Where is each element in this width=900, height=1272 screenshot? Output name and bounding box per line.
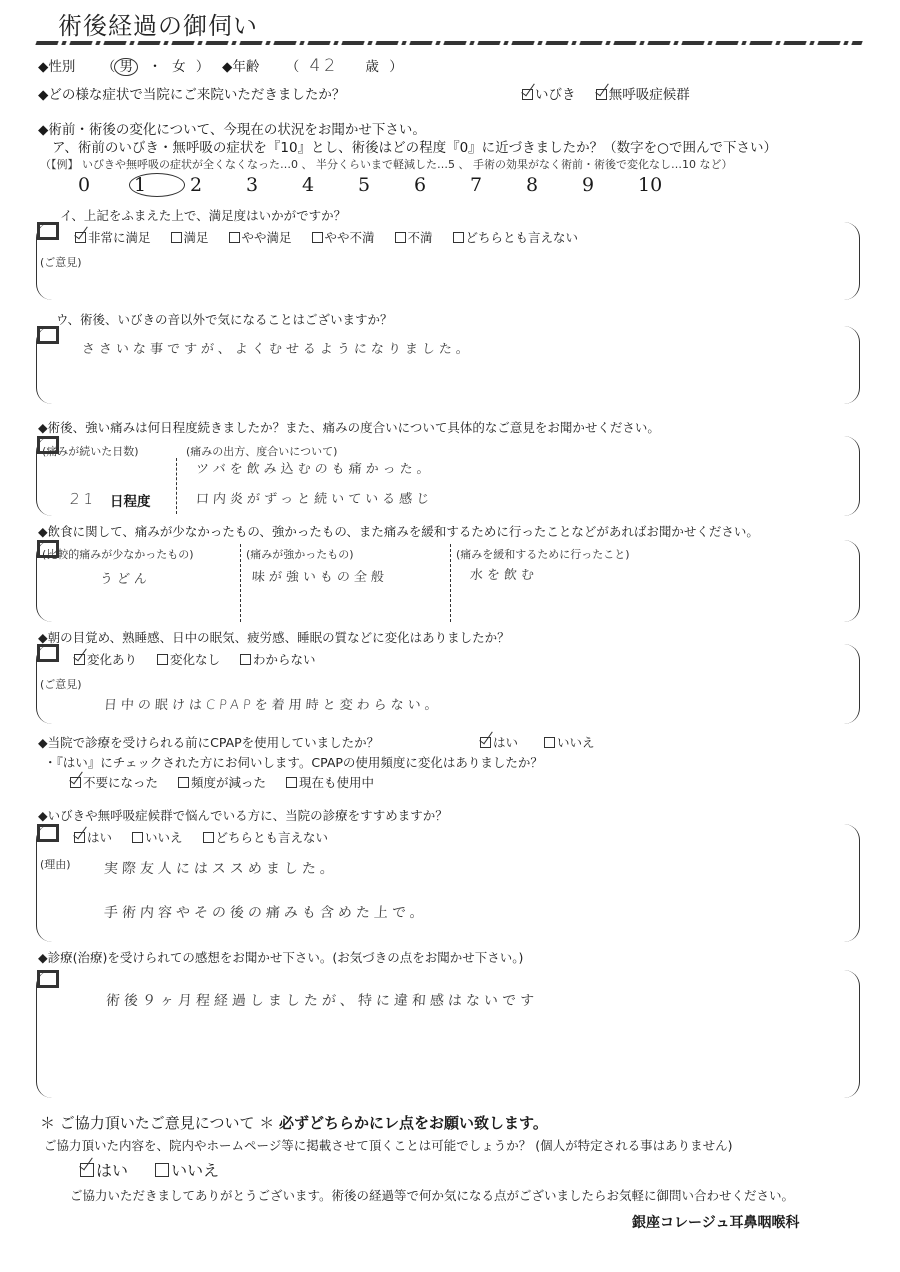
food-question: ◆飲食に関して、痛みが少なかったもの、強かったもの、また痛みを緩和するために行っ… <box>38 522 759 540</box>
checkbox-icon[interactable] <box>286 777 297 788</box>
change-subquestion-a: ア、術前のいびき・無呼吸の症状を『10』とし、術後はどの程度『0』に近づきました… <box>52 136 777 156</box>
impression-answer[interactable]: 術後９ヶ月程経過しましたが、特に違和感はないです <box>105 990 538 1010</box>
satisfaction-option-neither[interactable]: どちらとも言えない <box>453 228 579 246</box>
checkbox-icon[interactable] <box>203 832 214 843</box>
symptom-option-apnea[interactable]: 無呼吸症候群 <box>596 83 690 103</box>
age-row: ◆年齢 （ 42 歳 ） <box>222 55 403 76</box>
food-col2-label: (痛みが強かったもの) <box>246 546 354 562</box>
age-label: ◆年齢 <box>222 59 259 75</box>
checkbox-icon[interactable] <box>544 737 555 748</box>
cpap-option-no[interactable]: いいえ <box>544 733 595 751</box>
page-title: 術後経過の御伺い <box>58 6 258 41</box>
checkbox-icon[interactable] <box>240 654 251 665</box>
pain-detail-label: (痛みの出方、度合いについて) <box>186 443 337 459</box>
food-col1-label: (比較的痛みが少なかったもの) <box>42 546 194 562</box>
checkbox-checked-icon[interactable] <box>480 737 491 748</box>
concerns-answer[interactable]: ささいな事ですが、よくむせるようになりました。 <box>81 338 473 357</box>
gender-female-option[interactable]: 女 <box>172 59 186 75</box>
scale-option-8[interactable]: 8 <box>526 174 582 196</box>
consent-heading-bold: 必ずどちらかにレ点をお願い致します。 <box>279 1114 548 1132</box>
checkbox-icon[interactable] <box>132 832 143 843</box>
pain-detail-line2[interactable]: 口内炎がずっと続いている感じ <box>195 488 434 507</box>
cpap-followup-not-needed[interactable]: 不要になった <box>70 773 158 791</box>
checkbox-checked-icon[interactable] <box>70 777 81 788</box>
gender-label: ◆性別 <box>38 59 75 75</box>
pain-column-divider <box>176 458 177 514</box>
change-example: （【例】 いびきや無呼吸の症状が全くなくなった…0 、 半分くらいまで軽減した…… <box>40 156 732 172</box>
rating-scale: 012345678910 <box>78 173 694 197</box>
recommend-reason-line1[interactable]: 実際友人にはススめました。 <box>103 858 338 878</box>
cpap-question: ◆当院で診療を受けられる前にCPAPを使用していましたか？ <box>38 733 379 751</box>
recommend-question: ◆いびきや無呼吸症候群で悩んでいる方に、当院の診療をすすめますか？ <box>38 806 448 824</box>
symptom-option-snoring[interactable]: いびき <box>522 83 576 103</box>
symptoms-question: ◆どの様な症状で当院にご来院いただきましたか？ <box>38 83 345 103</box>
sleep-comment[interactable]: 日中の眠けはCPAPを着用時と変わらない。 <box>103 694 442 713</box>
scale-option-2[interactable]: 2 <box>190 174 246 196</box>
sleep-comment-label: (ご意見) <box>40 676 82 692</box>
cpap-followup-still-using[interactable]: 現在も使用中 <box>286 773 374 791</box>
scale-option-3[interactable]: 3 <box>246 174 302 196</box>
checkbox-icon[interactable] <box>155 1163 169 1177</box>
symptoms-options: いびき 無呼吸症候群 <box>522 83 706 103</box>
satisfaction-comment-label: (ご意見) <box>40 254 82 270</box>
recommend-option-neither[interactable]: どちらとも言えない <box>203 828 329 846</box>
consent-option-yes[interactable]: はい <box>80 1158 128 1181</box>
pain-detail-line1[interactable]: ツバを飲み込むのも痛かった。 <box>195 458 434 477</box>
food-col2-value[interactable]: 味が強いもの全般 <box>251 566 388 585</box>
pain-days-value[interactable]: 21 <box>69 490 97 508</box>
age-value[interactable]: 42 <box>309 56 339 76</box>
change-question: ◆術前・術後の変化について、今現在の状況をお聞かせ下さい。 <box>38 118 426 138</box>
consent-options: はい いいえ <box>80 1158 235 1181</box>
impression-question: ◆診療(治療)を受けられての感想をお聞かせ下さい。(お気づきの点をお聞かせ下さい… <box>38 948 523 966</box>
food-col1-value[interactable]: うどん <box>99 568 151 587</box>
satisfaction-option-somewhat-satisfied[interactable]: やや満足 <box>229 228 292 246</box>
cpap-followup-question: ・『はい』にチェックされた方にお伺いします。CPAPの使用頻度に変化はありました… <box>44 753 543 771</box>
scale-option-10[interactable]: 10 <box>638 174 694 196</box>
food-divider-2 <box>450 544 451 622</box>
checkbox-checked-icon[interactable] <box>80 1163 94 1177</box>
checkbox-icon[interactable] <box>171 232 182 243</box>
recommend-reason-line2[interactable]: 手術内容やその後の痛みも含めた上で。 <box>103 902 428 922</box>
scale-option-9[interactable]: 9 <box>582 174 638 196</box>
gender-male-option[interactable]: 男 <box>114 58 138 76</box>
recommend-reason-label: (理由) <box>40 856 71 872</box>
satisfaction-option-dissatisfied[interactable]: 不満 <box>395 228 433 246</box>
scale-option-7[interactable]: 7 <box>470 174 526 196</box>
sleep-option-no-change[interactable]: 変化なし <box>157 650 220 668</box>
cpap-followup-reduced[interactable]: 頻度が減った <box>178 773 266 791</box>
food-divider-1 <box>240 544 241 622</box>
satisfaction-option-satisfied[interactable]: 満足 <box>171 228 209 246</box>
scale-option-1[interactable]: 1 <box>134 173 190 197</box>
checkbox-icon[interactable] <box>312 232 323 243</box>
gender-row: ◆性別 （ 男 ・ 女 ） <box>38 55 209 75</box>
food-col3-label: (痛みを緩和するために行ったこと) <box>456 546 630 562</box>
checkbox-checked-icon[interactable] <box>74 654 85 665</box>
scale-option-4[interactable]: 4 <box>302 174 358 196</box>
consent-question: ご協力頂いた内容を、院内やホームページ等に掲載させて頂くことは可能でしょうか？ … <box>44 1136 732 1154</box>
cpap-followup-options: 不要になった 頻度が減った 現在も使用中 <box>70 773 390 791</box>
sleep-options: 変化あり 変化なし わからない <box>74 650 332 668</box>
clinic-name: 銀座コレージュ耳鼻咽喉科 <box>632 1212 799 1232</box>
checkbox-icon[interactable] <box>178 777 189 788</box>
consent-heading: ＊ ご協力頂いたご意見について ＊ 必ずどちらかにレ点をお願い致します。 <box>40 1112 548 1133</box>
checkbox-checked-icon[interactable] <box>75 232 86 243</box>
checkbox-checked-icon[interactable] <box>596 89 607 100</box>
title-divider <box>35 41 862 45</box>
checkbox-checked-icon[interactable] <box>74 832 85 843</box>
checkbox-icon[interactable] <box>395 232 406 243</box>
sleep-option-unknown[interactable]: わからない <box>240 650 316 668</box>
satisfaction-option-somewhat-dissatisfied[interactable]: やや不満 <box>312 228 375 246</box>
food-col3-value[interactable]: 水を飲む <box>469 564 538 583</box>
scale-option-0[interactable]: 0 <box>78 174 134 196</box>
consent-option-no[interactable]: いいえ <box>155 1158 219 1181</box>
pain-days-label: (痛みが続いた日数) <box>42 443 139 459</box>
satisfaction-option-very-satisfied[interactable]: 非常に満足 <box>75 228 151 246</box>
pain-box <box>36 436 860 516</box>
checkbox-icon[interactable] <box>453 232 464 243</box>
checkbox-icon[interactable] <box>229 232 240 243</box>
checkbox-icon[interactable] <box>157 654 168 665</box>
pain-question: ◆術後、強い痛みは何日程度続きましたか？また、痛みの度合いについて具体的なご意見… <box>38 418 660 436</box>
checkbox-checked-icon[interactable] <box>522 89 533 100</box>
cpap-options: はい いいえ <box>480 733 611 751</box>
recommend-option-no[interactable]: いいえ <box>132 828 183 846</box>
cpap-option-yes[interactable]: はい <box>480 733 518 751</box>
sleep-option-changed[interactable]: 変化あり <box>74 650 137 668</box>
pain-days-unit: 日程度 <box>110 490 151 510</box>
recommend-options: はい いいえ どちらとも言えない <box>74 828 344 846</box>
scale-option-6[interactable]: 6 <box>414 174 470 196</box>
satisfaction-options: 非常に満足 満足 やや満足 やや不満 不満 どちらとも言えない <box>75 228 594 246</box>
consent-heading-left: ＊ ご協力頂いたご意見について ＊ <box>40 1114 274 1132</box>
footer-thanks: ご協力いただきましてありがとうございます。術後の経過等で何か気になる点がございま… <box>70 1186 794 1204</box>
scale-option-5[interactable]: 5 <box>358 174 414 196</box>
recommend-option-yes[interactable]: はい <box>74 828 112 846</box>
